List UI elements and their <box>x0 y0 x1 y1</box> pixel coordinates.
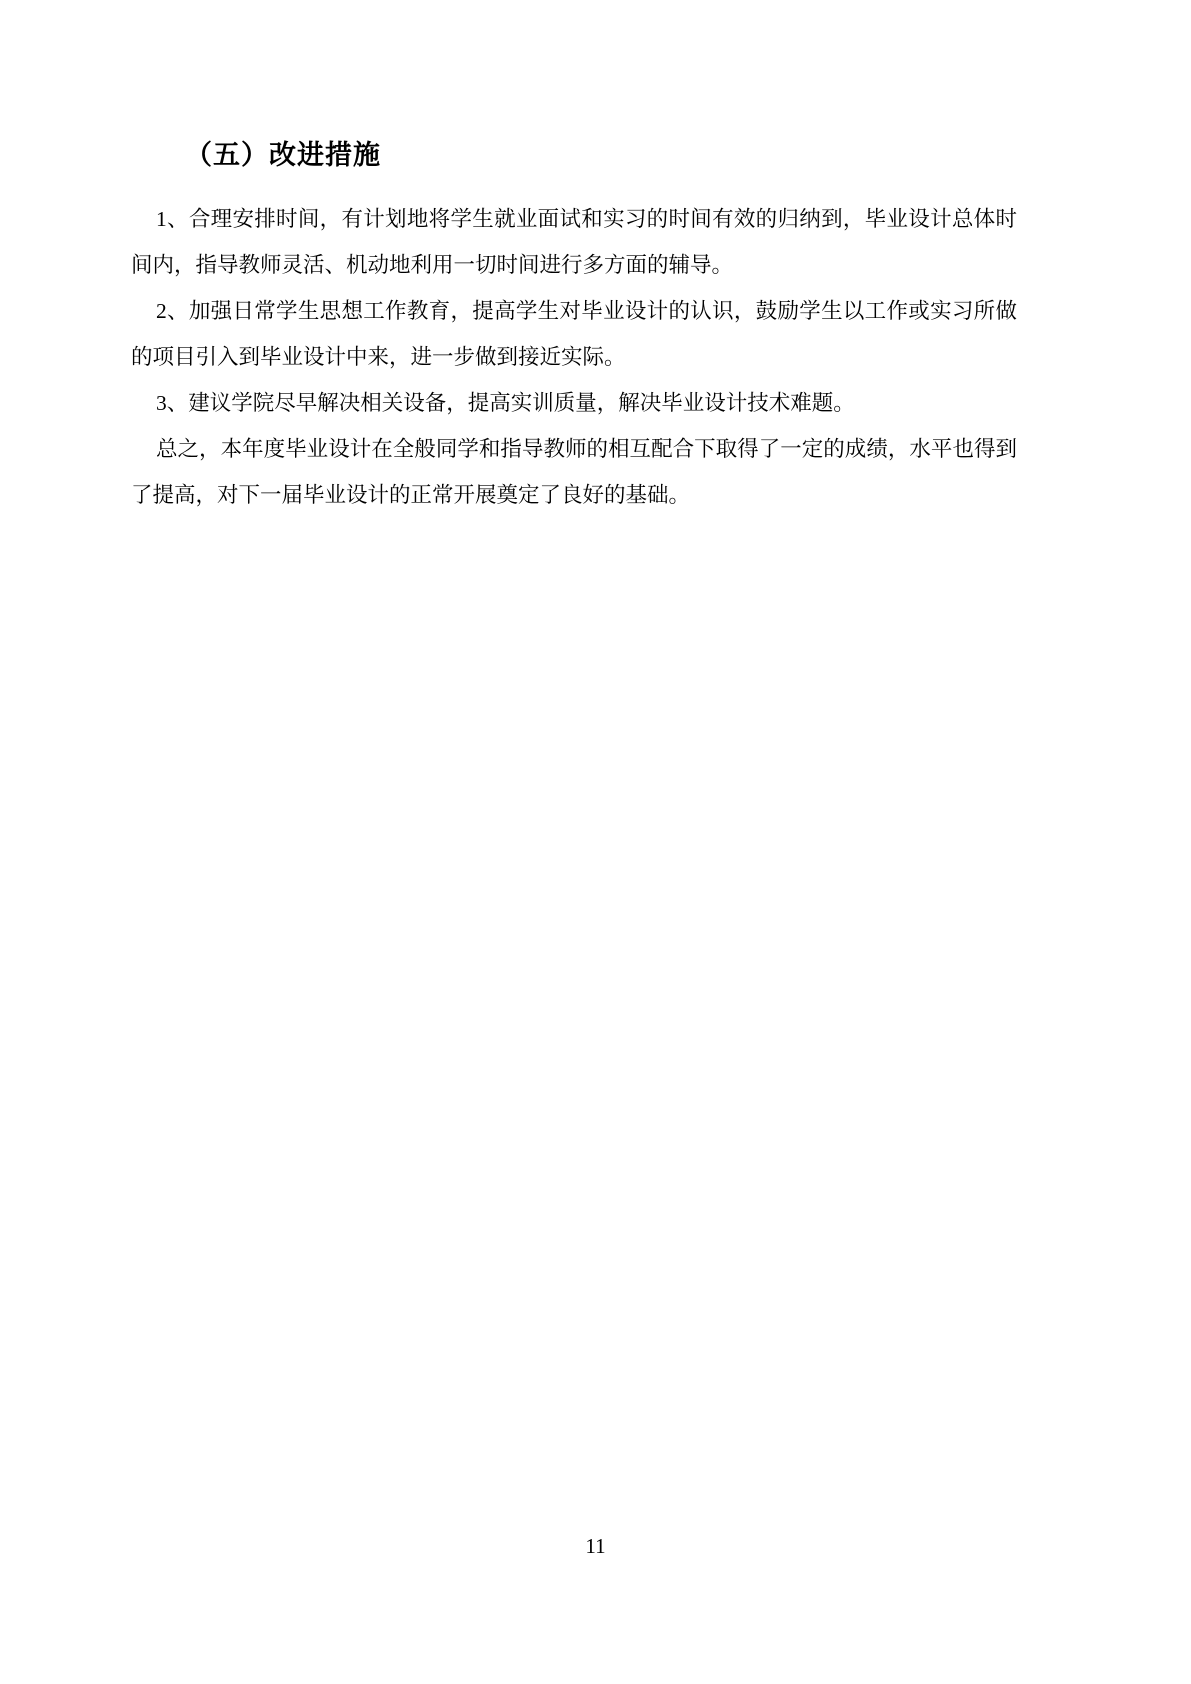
document-page: （五）改进措施 1、合理安排时间，有计划地将学生就业面试和实习的时间有效的归纳到… <box>0 0 1191 1684</box>
paragraph-improvement-3: 3、建议学院尽早解决相关设备，提高实训质量，解决毕业设计技术难题。 <box>131 380 1017 426</box>
paragraph-improvement-2: 2、加强日常学生思想工作教育，提高学生对毕业设计的认识，鼓励学生以工作或实习所做… <box>131 288 1017 380</box>
paragraph-improvement-1: 1、合理安排时间，有计划地将学生就业面试和实习的时间有效的归纳到，毕业设计总体时… <box>131 196 1017 288</box>
section-heading: （五）改进措施 <box>131 138 1017 172</box>
page-content: （五）改进措施 1、合理安排时间，有计划地将学生就业面试和实习的时间有效的归纳到… <box>131 138 1017 518</box>
page-number: 11 <box>585 1534 605 1558</box>
page-footer: 11 <box>0 1534 1191 1559</box>
paragraph-summary: 总之，本年度毕业设计在全般同学和指导教师的相互配合下取得了一定的成绩，水平也得到… <box>131 426 1017 518</box>
